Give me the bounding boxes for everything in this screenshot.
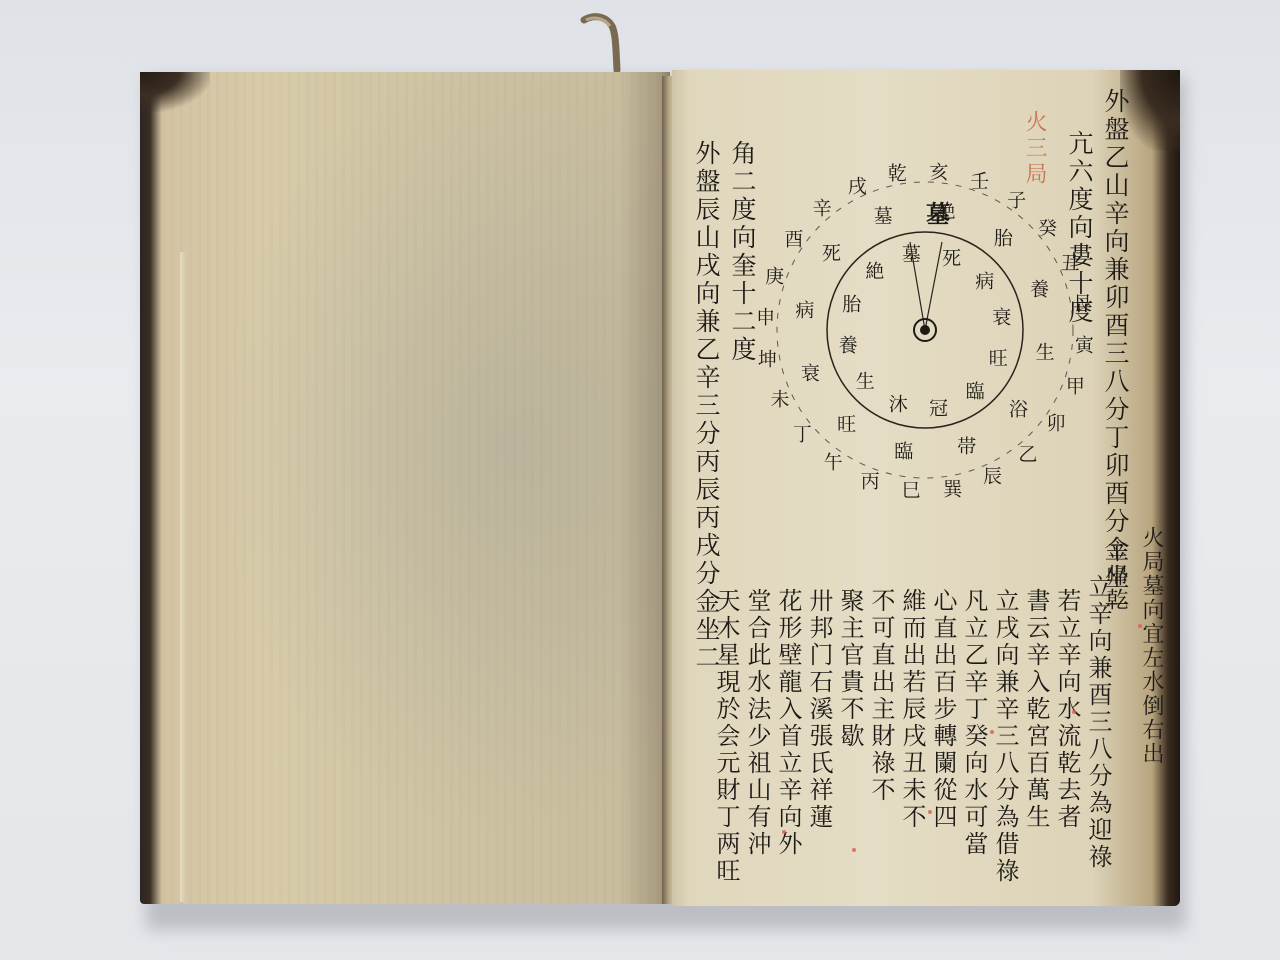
body-column: 不可直出主財祿不 <box>869 588 893 804</box>
body-column: 維而出若辰戌丑未不 <box>900 588 924 831</box>
red-punctuation-dot <box>928 810 932 814</box>
ring-label: 癸 <box>1038 214 1057 241</box>
body-column: 卅邦门石溪張氏祥蓮 <box>807 588 831 831</box>
ring-label: 坤 <box>758 344 777 371</box>
ring-label: 墓 <box>874 202 893 229</box>
ring-label: 戌 <box>848 171 867 198</box>
ring-label: 衰 <box>992 303 1011 330</box>
ring-label: 胎 <box>994 223 1013 250</box>
red-punctuation-dot <box>852 848 856 852</box>
ring-label: 死 <box>822 238 841 265</box>
center-pointer-label: 墓 <box>926 195 950 230</box>
ring-label: 辰 <box>983 462 1002 489</box>
ring-label: 旺 <box>989 343 1008 370</box>
ring-label: 申 <box>756 303 775 330</box>
ring-label: 墓 <box>902 240 921 267</box>
ring-label: 酉 <box>784 225 803 252</box>
ring-label: 丁 <box>793 419 812 446</box>
body-column: 天木星現於会元財丁两旺 <box>714 588 738 885</box>
ring-label: 養 <box>839 330 858 357</box>
left-page-blank <box>140 72 670 904</box>
binding-string-icon <box>580 12 624 72</box>
body-column: 若立辛向水流乾去者 <box>1055 588 1079 831</box>
ring-label: 巳 <box>902 476 921 503</box>
ring-label: 生 <box>856 367 875 394</box>
red-punctuation-dot <box>1138 624 1142 628</box>
ring-label: 卯 <box>1047 408 1066 435</box>
header-column-3: 角二度向奎十二度 <box>730 140 755 364</box>
ring-label: 死 <box>942 243 961 270</box>
ring-label: 午 <box>824 448 843 475</box>
ring-label: 壬 <box>970 166 989 193</box>
right-page: 外盤乙山辛向兼卯酉三八分丁卯酉分金坐一 亢六度向婁十度 火三局 角二度向奎十二度… <box>672 70 1180 906</box>
paper-texture <box>162 72 660 904</box>
ring-label: 臨 <box>894 437 913 464</box>
ring-label: 絶 <box>865 257 884 284</box>
ring-label: 丑 <box>1060 249 1079 276</box>
ring-label: 冠 <box>929 393 948 420</box>
ring-label: 胎 <box>842 290 861 317</box>
ring-label: 辛 <box>813 194 832 221</box>
body-column: 花形壁龍入首立辛向外 <box>776 588 800 858</box>
page-fold <box>180 252 186 902</box>
ring-label: 沐 <box>889 390 908 417</box>
ring-label: 子 <box>1007 185 1026 212</box>
ring-label: 甲 <box>1066 371 1085 398</box>
body-column: 立辛向兼酉三八分為迎祿 <box>1086 574 1110 871</box>
ring-label: 臨 <box>966 376 985 403</box>
red-punctuation-dot <box>1072 710 1076 714</box>
ring-label: 衰 <box>801 358 820 385</box>
body-column: 書云辛入乾宮百萬生 <box>1024 588 1048 831</box>
body-column: 凡立乙辛丁癸向水可當 <box>962 588 986 858</box>
body-column: 聚主官貴不歇 <box>838 588 862 750</box>
ring-label: 浴 <box>1009 395 1028 422</box>
ring-label: 巽 <box>943 474 962 501</box>
red-punctuation-dot <box>990 730 994 734</box>
ring-label: 病 <box>975 266 994 293</box>
ring-label: 乙 <box>1018 439 1037 466</box>
ring-label: 艮 <box>1073 289 1092 316</box>
ring-label: 寅 <box>1075 330 1094 357</box>
ring-label: 旺 <box>837 410 856 437</box>
ring-label: 病 <box>795 295 814 322</box>
open-book: 外盤乙山辛向兼卯酉三八分丁卯酉分金坐一 亢六度向婁十度 火三局 角二度向奎十二度… <box>140 64 1180 924</box>
body-column: 立戌向兼辛三八分為借祿 <box>993 588 1017 885</box>
ring-label: 養 <box>1030 275 1049 302</box>
ring-label: 未 <box>770 384 789 411</box>
burnt-corner <box>140 72 210 112</box>
ring-label: 生 <box>1036 338 1055 365</box>
ring-label: 丙 <box>861 467 880 494</box>
body-column: 堂合此水法少祖山有沖 <box>745 588 769 858</box>
ring-label: 庚 <box>765 262 784 289</box>
red-punctuation-dot <box>782 830 786 834</box>
ring-label: 乾 <box>888 159 907 186</box>
life-stage-compass-diagram: 墓死病衰旺臨冠沐生養胎絶 墓絶胎養生浴帯臨旺衰病死 戌乾亥壬子癸丑艮寅甲卯乙辰巽… <box>760 160 1090 490</box>
side-note: 火局墓向宜左水倒右出 <box>1140 526 1162 766</box>
ring-label: 帯 <box>957 431 976 458</box>
ring-label: 亥 <box>929 157 948 184</box>
body-column: 心直出百步轉闌從四 <box>931 588 955 831</box>
